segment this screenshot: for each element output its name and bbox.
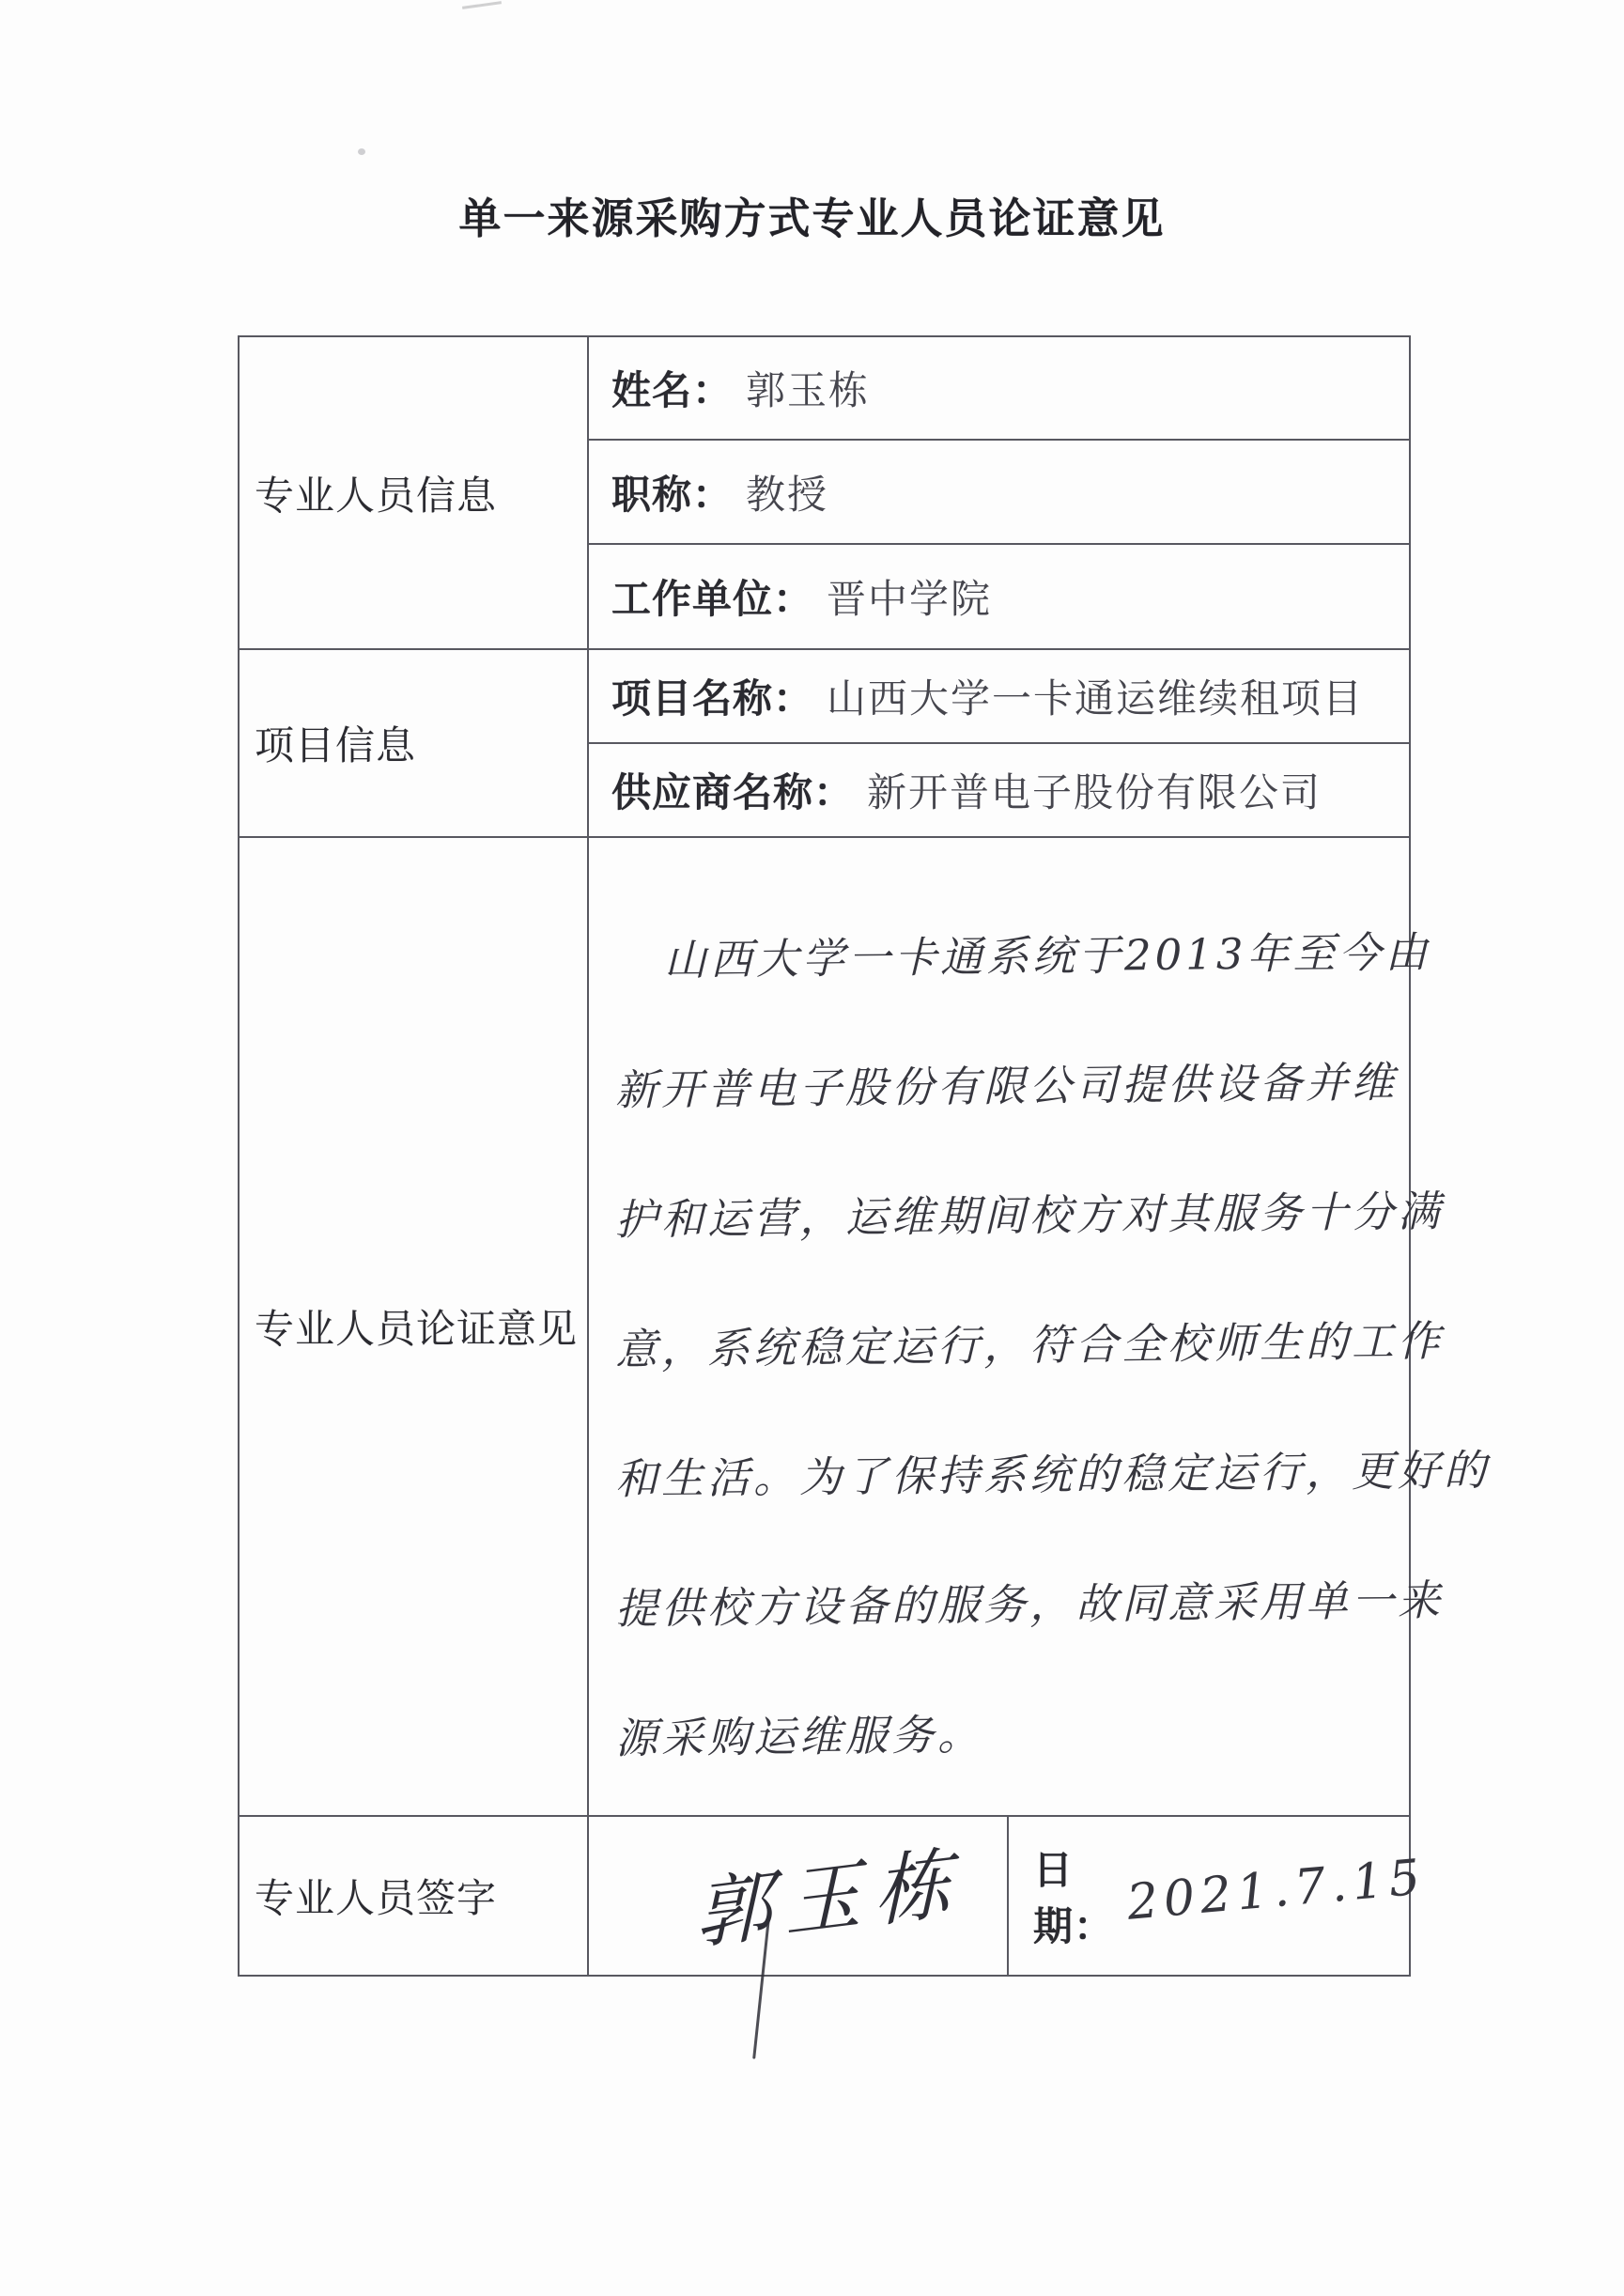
document-title: 单一来源采购方式专业人员论证意见 xyxy=(0,184,1624,245)
work-unit-field: 工作单位： 晋中学院 xyxy=(589,545,1411,650)
name-value: 郭玉栋 xyxy=(746,360,870,416)
project-name-field: 项目名称： 山西大学一卡通运维续租项目 xyxy=(589,650,1411,744)
supplier-label: 供应商名称： xyxy=(611,762,854,818)
form-table: 专业人员信息 姓名： 郭玉栋 职称： 教授 工作单位： 晋中学院 项目信息 项目… xyxy=(238,335,1411,1977)
scan-artifact-dot xyxy=(358,148,365,155)
opinion-line: 意，系统稳定运行，符合全校师生的工作 xyxy=(614,1277,1398,1415)
opinion-line: 护和运营，运维期间校方对其服务十分满 xyxy=(614,1147,1398,1285)
work-unit-value: 晋中学院 xyxy=(827,568,992,625)
supplier-value: 新开普电子股份有限公司 xyxy=(867,762,1322,818)
project-section-label: 项目信息 xyxy=(240,650,589,838)
job-title-value: 教授 xyxy=(746,464,828,520)
supplier-field: 供应商名称： 新开普电子股份有限公司 xyxy=(589,744,1411,838)
opinion-line: 新开普电子股份有限公司提供设备并维 xyxy=(614,1017,1398,1156)
opinion-line: 提供校方设备的服务，故同意采用单一来 xyxy=(614,1536,1398,1674)
signature-section-label: 专业人员签字 xyxy=(240,1817,589,1977)
job-title-label: 职称： xyxy=(611,464,733,520)
project-name-label: 项目名称： xyxy=(611,668,813,724)
name-field: 姓名： 郭玉栋 xyxy=(589,337,1411,441)
opinion-line: 和生活。为了保持系统的稳定运行，更好的 xyxy=(614,1406,1398,1544)
handwritten-date: 2021.7.15 xyxy=(1124,1849,1428,1931)
handwritten-signature: 郭玉栋 xyxy=(694,1821,965,1964)
signature-cell: 郭玉栋 xyxy=(589,1817,1009,1977)
job-title-field: 职称： 教授 xyxy=(589,441,1411,545)
opinion-line: 源采购运维服务。 xyxy=(614,1666,1398,1804)
opinion-section-label: 专业人员论证意见 xyxy=(240,838,589,1817)
opinion-line: 山西大学一卡通系统于2013年至今由 xyxy=(614,888,1398,1026)
date-cell: 日期： 2021.7.15 xyxy=(1009,1817,1411,1977)
handwritten-opinion: 山西大学一卡通系统于2013年至今由 新开普电子股份有限公司提供设备并维 护和运… xyxy=(589,838,1411,1817)
scanned-document-page: 单一来源采购方式专业人员论证意见 专业人员信息 姓名： 郭玉栋 职称： 教授 工… xyxy=(0,0,1624,2296)
project-name-value: 山西大学一卡通运维续租项目 xyxy=(827,668,1364,724)
personnel-section-label: 专业人员信息 xyxy=(240,337,589,650)
date-label: 日期： xyxy=(1033,1839,1114,1952)
name-label: 姓名： xyxy=(611,360,733,416)
work-unit-label: 工作单位： xyxy=(611,568,813,625)
scan-artifact-mark xyxy=(462,1,502,9)
